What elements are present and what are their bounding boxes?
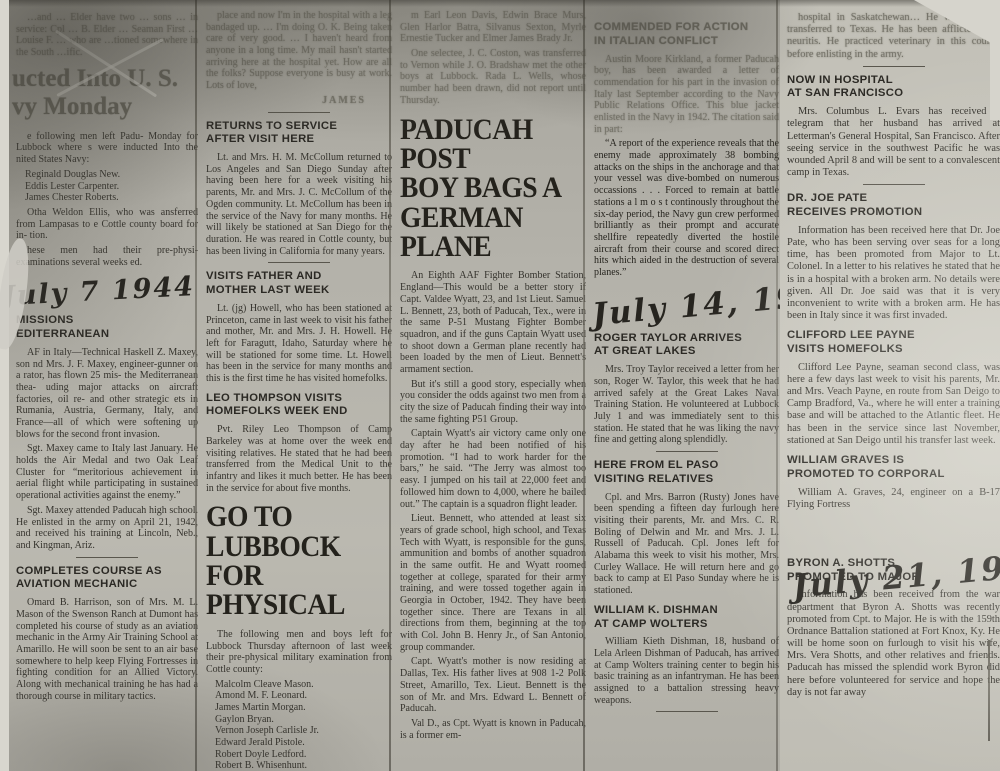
paragraph: Omard B. Harrison, son of Mrs. M. L. Mas… [16,597,198,702]
article-inducted-navy: ucted Into U. S. vy Monday e following m… [16,65,198,269]
paragraph: Mrs. Troy Taylor received a letter from … [594,364,779,446]
subhead-william-dishman: WILLIAM K. DISHMAN AT CAMP WOLTERS [594,604,779,632]
fragment-selectees: m Earl Leon Davis, Edwin Brace Murs, Gle… [400,10,586,107]
divider [863,66,925,67]
paragraph: Clifford Lee Payne, seaman second class,… [787,362,1000,447]
paragraph: hese men had their pre-physi- examinatio… [16,245,198,268]
article-clifford-payne: CLIFFORD LEE PAYNE VISITS HOMEFOLKS Clif… [787,329,1000,447]
subhead-william-graves: WILLIAM GRAVES IS PROMOTED TO CORPORAL [787,454,1000,482]
paragraph: Val D., as Cpt. Wyatt is known in Paduca… [400,718,586,741]
column-2: place and now I'm in the hospital with a… [199,0,399,771]
column-rule [776,0,778,771]
paragraph: m Earl Leon Davis, Edwin Brace Murs, Gle… [400,10,586,45]
paragraph: e following men left Padu- Monday for Lu… [16,131,198,166]
subhead-leo-thompson: LEO THOMPSON VISITS HOMEFOLKS WEEK END [206,392,392,420]
paragraph: “A report of the experience reveals that… [594,138,779,278]
article-missions-mediterranean: MISSIONS EDITERRANEAN AF in Italy—Techni… [16,314,198,551]
column-rule [195,0,197,771]
inductee-name-list: Reginald Douglas New. Eddis Lester Carpe… [16,169,198,204]
paragraph: Otha Weldon Ellis, who was ansferred fro… [16,207,198,242]
article-william-graves: WILLIAM GRAVES IS PROMOTED TO CORPORAL W… [787,454,1000,511]
article-commended-action: COMMENDED FOR ACTION IN ITALIAN CONFLICT… [594,21,779,279]
paragraph: Sgt. Maxey came to Italy last January. H… [16,443,198,501]
paragraph: William A. Graves, 24, engineer on a B-1… [787,487,1000,511]
subhead-now-in-hospital: NOW IN HOSPITAL AT SAN FRANCISCO [787,74,1000,102]
clipped-corner [914,0,1000,48]
subhead-commended-action: COMMENDED FOR ACTION IN ITALIAN CONFLICT [594,21,779,49]
subhead-roger-taylor: ROGER TAYLOR ARRIVES AT GREAT LAKES [594,332,779,360]
handwritten-date-july-7: July 7 1944 [9,271,199,312]
article-roger-taylor: ROGER TAYLOR ARRIVES AT GREAT LAKES Mrs.… [594,332,779,446]
paragraph: Sgt. Maxey attended Paducah high school.… [16,505,198,552]
subhead-clifford-payne: CLIFFORD LEE PAYNE VISITS HOMEFOLKS [787,329,1000,357]
paragraph: Lieut. Bennett, who attended at least si… [400,513,586,653]
headline-go-to-lubbock: GO TO LUBBOCK FOR PHYSICAL [206,502,391,620]
article-visits-father-mother: VISITS FATHER AND MOTHER LAST WEEK Lt. (… [206,270,392,384]
column-3: m Earl Leon Davis, Edwin Brace Murs, Gle… [393,0,593,771]
paragraph: But it's still a good story, especially … [400,379,586,426]
divider [863,184,925,185]
scrapbook-page: …and … Elder have two … sons … in servic… [0,0,1000,771]
paragraph: Mrs. Columbus L. Evars has received a te… [787,106,1000,179]
article-william-dishman: WILLIAM K. DISHMAN AT CAMP WOLTERS Willi… [594,604,779,707]
subhead-el-paso: HERE FROM EL PASO VISITING RELATIVES [594,459,779,487]
article-aviation-mechanic: COMPLETES COURSE AS AVIATION MECHANIC Om… [16,565,198,703]
column-5: hospital in Saskatchewan… He will later … [780,0,1000,771]
article-paducah-post-boy: PADUCAH POST BOY BAGS A GERMAN PLANE An … [400,115,586,742]
paragraph: Captain Wyatt's air victory came only on… [400,428,586,510]
paragraph: Pvt. Riley Leo Thompson of Camp Barkeley… [206,424,392,494]
article-returns-to-service: RETURNS TO SERVICE AFTER VISIT HERE Lt. … [206,120,392,258]
divider [656,451,718,452]
subhead-visits-father-mother: VISITS FATHER AND MOTHER LAST WEEK [206,270,392,298]
article-here-from-el-paso: HERE FROM EL PASO VISITING RELATIVES Cpl… [594,459,779,597]
column-4: COMMENDED FOR ACTION IN ITALIAN CONFLICT… [587,0,786,771]
paragraph: An Eighth AAF Fighter Bomber Station, En… [400,270,586,375]
fragment-elder-sons: …and … Elder have two … sons … in servic… [16,12,198,59]
subhead-aviation-mechanic: COMPLETES COURSE AS AVIATION MECHANIC [16,565,198,593]
divider [268,262,330,263]
column-rule [988,640,990,741]
article-leo-thompson: LEO THOMPSON VISITS HOMEFOLKS WEEK END P… [206,392,392,495]
divider [76,557,138,558]
headline-inducted-navy: ucted Into U. S. vy Monday [12,65,198,121]
article-now-in-hospital: NOW IN HOSPITAL AT SAN FRANCISCO Mrs. Co… [787,74,1000,180]
physical-name-list: Malcolm Cleave Mason. Amond M. F. Leonar… [206,679,392,771]
divider [268,112,330,113]
paragraph: Lt. and Mrs. H. M. McCollum returned to … [206,152,392,257]
paragraph: Capt. Wyatt's mother is now residing at … [400,656,586,714]
letter-body: place and now I'm in the hospital with a… [206,10,392,92]
article-letter-james: place and now I'm in the hospital with a… [206,10,392,107]
paragraph: Austin Moore Kirkland, a former Paducah … [594,54,779,136]
article-dr-joe-pate: DR. JOE PATE RECEIVES PROMOTION Informat… [787,192,1000,322]
column-rule [389,0,391,771]
torn-left-edge [0,0,9,771]
paragraph: Information has been received here that … [787,225,1000,322]
headline-german-plane: PADUCAH POST BOY BAGS A GERMAN PLANE [400,115,585,262]
paragraph: The following men and boys left for Lubb… [206,629,392,676]
column-1: …and … Elder have two … sons … in servic… [9,0,205,771]
paragraph: Lt. (jg) Howell, who has been stationed … [206,303,392,385]
divider [656,711,718,712]
clipped-corner-edge [990,40,1000,120]
paragraph: Information has been received from the w… [787,589,1000,699]
paragraph: Cpl. and Mrs. Barron (Rusty) Jones have … [594,492,779,597]
subhead-returns-to-service: RETURNS TO SERVICE AFTER VISIT HERE [206,120,392,148]
article-go-to-lubbock: GO TO LUBBOCK FOR PHYSICAL The following… [206,502,392,771]
column-rule [583,0,585,771]
paragraph: William Kieth Dishman, 18, husband of Le… [594,636,779,706]
subhead-missions-mediterranean: MISSIONS EDITERRANEAN [16,314,198,342]
handwritten-date-july-14: July 14, 1944 [591,281,780,333]
paragraph: AF in Italy—Technical Haskell Z. Maxey, … [16,347,198,441]
paragraph: One selectee, J. C. Coston, was transfer… [400,48,586,106]
subhead-dr-joe-pate: DR. JOE PATE RECEIVES PROMOTION [787,192,1000,220]
letter-signature: JAMES [206,95,392,107]
